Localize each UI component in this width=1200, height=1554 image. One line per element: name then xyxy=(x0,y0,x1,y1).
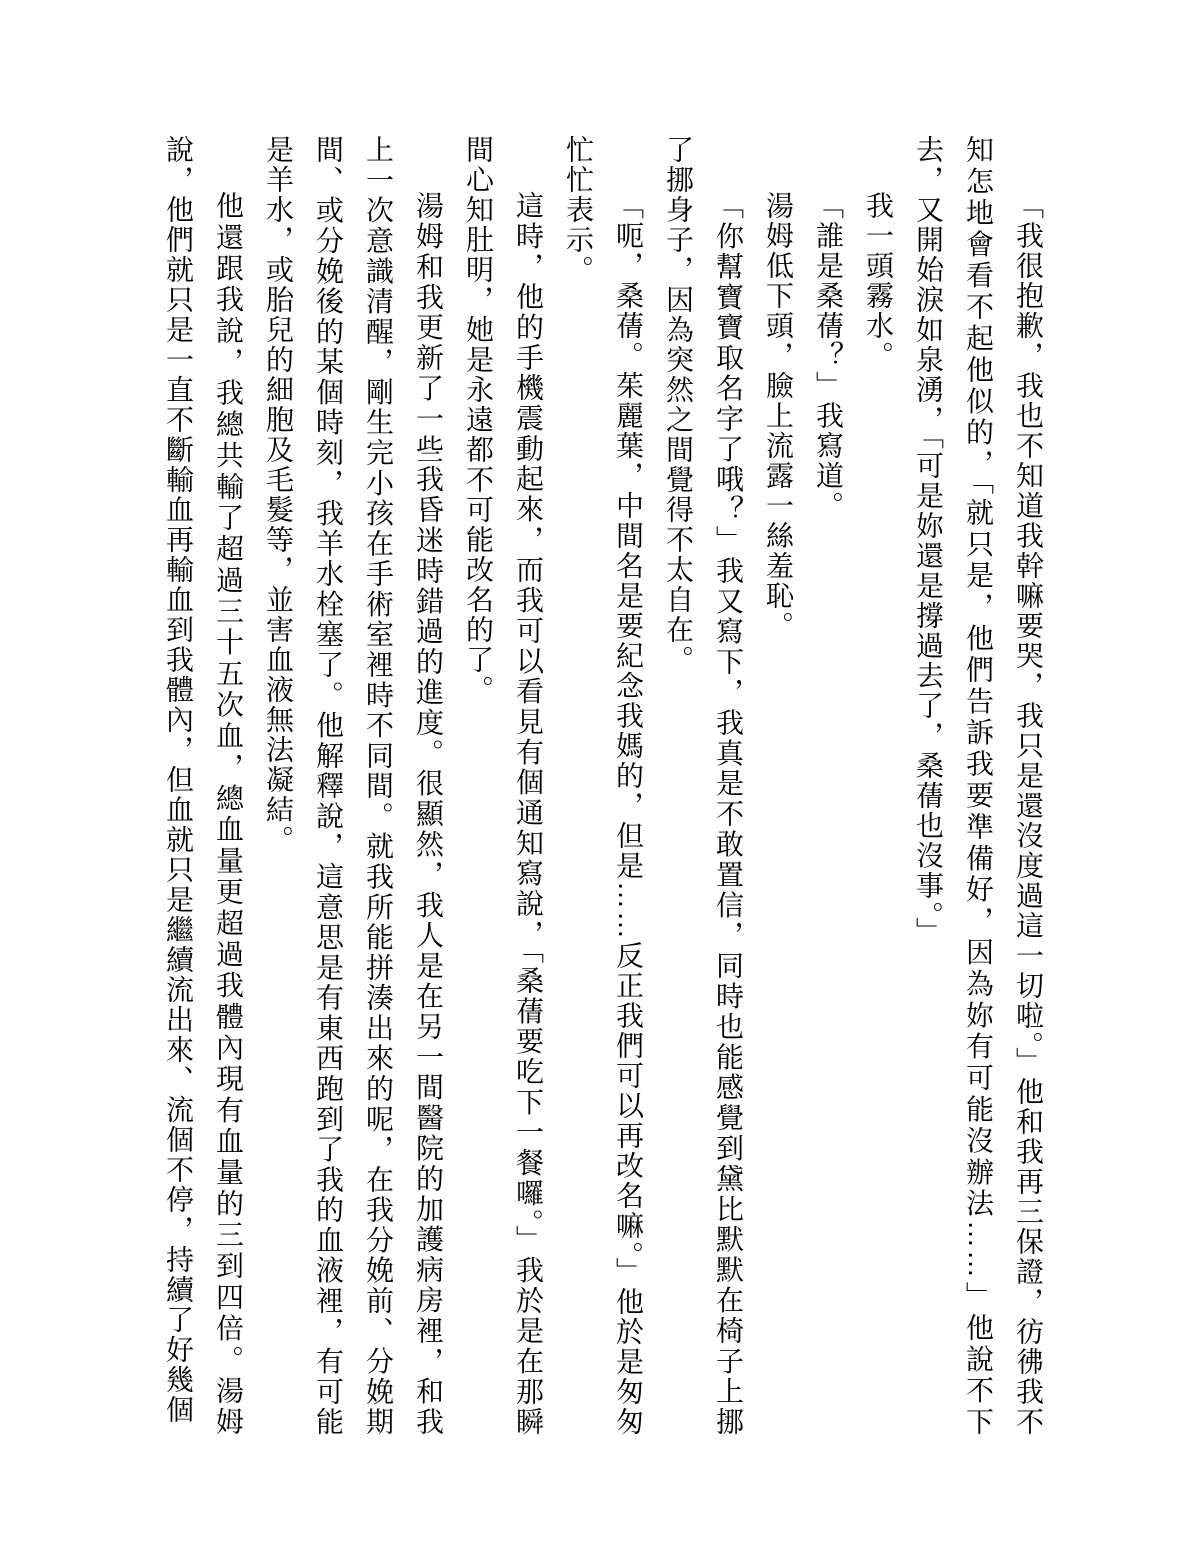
paragraph: 湯姆低下頭，臉上流露一絲羞恥。 xyxy=(753,135,803,1437)
book-page: 「我很抱歉，我也不知道我幹嘛要哭，我只是還沒度過這一切啦。」他和我再三保證，彷彿… xyxy=(0,0,1200,1554)
paragraph: 「你幫寶寶取名字了哦？」我又寫下，我真是不敢置信，同時也能感覺到黛比默默在椅子上… xyxy=(653,135,753,1437)
paragraph: 他還跟我說，我總共輸了超過三十五次血，總血量更超過我體內現有血量的三到四倍。湯姆… xyxy=(153,135,253,1437)
paragraph: 「我很抱歉，我也不知道我幹嘛要哭，我只是還沒度過這一切啦。」他和我再三保證，彷彿… xyxy=(903,135,1053,1437)
paragraph: 「誰是桑蒨？」我寫道。 xyxy=(803,135,853,1437)
paragraph: 這時，他的手機震動起來，而我可以看見有個通知寫說，「桑蒨要吃下一餐囉。」我於是在… xyxy=(453,135,553,1437)
paragraph: 我一頭霧水。 xyxy=(853,135,903,1437)
paragraph: 湯姆和我更新了一些我昏迷時錯過的進度。很顯然，我人是在另一間醫院的加護病房裡，和… xyxy=(253,135,453,1437)
page-text: 「我很抱歉，我也不知道我幹嘛要哭，我只是還沒度過這一切啦。」他和我再三保證，彷彿… xyxy=(153,135,1053,1437)
paragraph: 「呃，桑蒨。茱麗葉，中間名是要紀念我媽的，但是……反正我們可以再改名嘛。」他於是… xyxy=(553,135,653,1437)
